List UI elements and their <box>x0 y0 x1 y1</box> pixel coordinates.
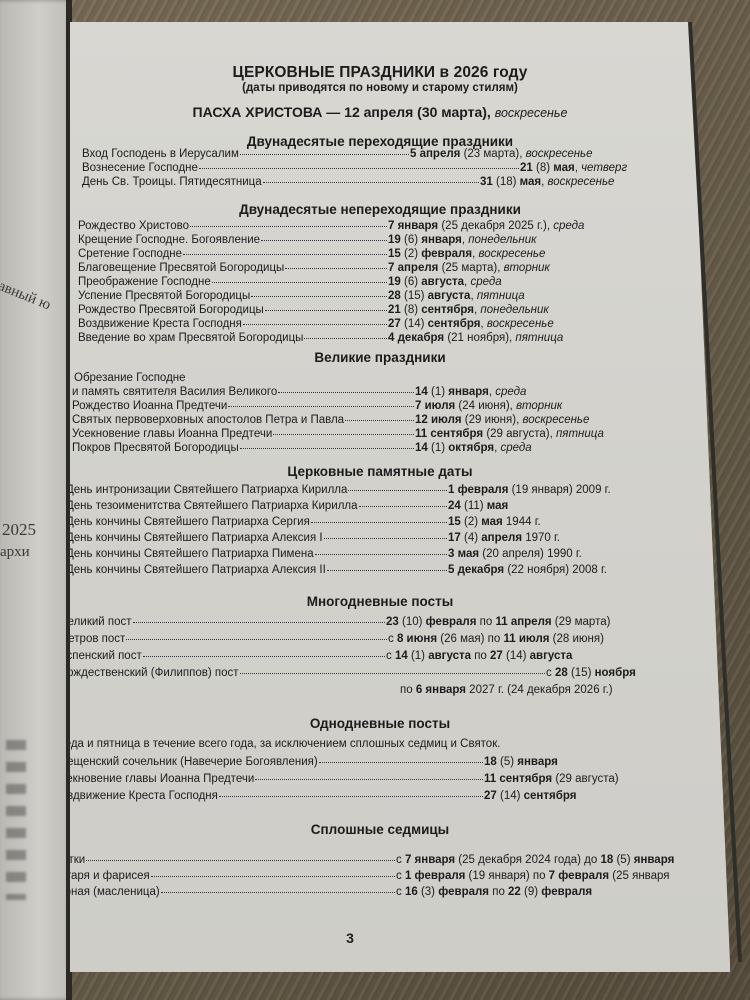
facing-page-blurred-text <box>6 740 26 900</box>
date-text: по <box>471 650 490 662</box>
dot-leader <box>348 490 447 491</box>
entry-label: Усекновение главы Иоанна Предтечи <box>72 428 272 440</box>
entry-date: 27 (14) сентября, воскресенье <box>388 318 554 330</box>
entry-label: День интронизации Святейшего Патриарха К… <box>66 484 347 496</box>
date-text: (18) <box>493 176 520 188</box>
date-text: (6) <box>401 234 421 246</box>
weekday: среда <box>553 220 584 232</box>
dot-leader <box>190 226 387 227</box>
weekday: вторник <box>504 262 550 274</box>
date-bold: августа <box>421 276 464 288</box>
date-bold: 19 <box>388 276 401 288</box>
dot-leader <box>263 182 479 183</box>
entry-date-continuation: по 6 января 2027 г. (24 декабря 2026 г.) <box>400 684 613 696</box>
entry-label: Рождество Христово <box>78 220 189 232</box>
date-text: (19 января) по <box>465 870 548 882</box>
section-heading: Двунадесятые переходящие праздники <box>70 134 690 149</box>
date-bold: 27 <box>388 318 401 330</box>
date-bold: 7 июля <box>415 400 455 412</box>
entry-label: Рождество Пресвятой Богородицы <box>78 304 264 316</box>
date-bold: 7 апреля <box>388 262 438 274</box>
date-text: (21 ноября), <box>444 332 515 344</box>
section-heading: Двунадесятые непереходящие праздники <box>70 202 690 217</box>
dot-leader <box>219 796 483 797</box>
date-bold: 6 января <box>416 684 466 696</box>
weekday: понедельник <box>468 234 536 246</box>
date-bold: августа <box>428 650 471 662</box>
easter-main: ПАСХА ХРИСТОВА — 12 апреля (30 марта), <box>193 104 495 120</box>
dot-leader <box>255 779 483 780</box>
date-bold: января <box>634 854 675 866</box>
date-text: (14) <box>401 318 428 330</box>
entry-date: 5 декабря (22 ноября) 2008 г. <box>448 564 607 576</box>
calendar-entry: Крещенский сочельник (Навечерие Богоявле… <box>54 756 558 768</box>
date-bold: 14 <box>415 386 428 398</box>
easter-weekday: воскресенье <box>495 106 568 120</box>
page-subtitle: (даты приводятся по новому и старому сти… <box>70 82 690 94</box>
date-bold: сентября <box>428 318 481 330</box>
weekday: воскресенье <box>522 414 589 426</box>
date-bold: мая <box>487 500 508 512</box>
date-bold: 11 июля <box>503 633 549 645</box>
dot-leader <box>261 240 387 241</box>
date-text: (14) <box>497 790 524 802</box>
dot-leader <box>278 392 414 393</box>
entry-label: Святых первоверховных апостолов Петра и … <box>72 414 344 426</box>
entry-date: 28 (15) августа, пятница <box>388 290 525 302</box>
calendar-entry: Рождество Христово7 января (25 декабря 2… <box>78 220 584 232</box>
entry-date: 27 (14) сентября <box>484 790 576 802</box>
date-bold: 11 апреля <box>495 616 551 628</box>
entry-date: 17 (4) апреля 1970 г. <box>448 532 560 544</box>
date-text: (8) <box>401 304 421 316</box>
weekday: воскресенье <box>478 248 545 260</box>
weekday: воскресенье <box>548 176 615 188</box>
date-bold: 22 <box>508 886 521 898</box>
date-text: 1944 г. <box>503 516 541 528</box>
entry-label: Успенский пост <box>60 650 142 662</box>
calendar-entry: Успение Пресвятой Богородицы28 (15) авгу… <box>78 290 525 302</box>
date-text: (29 августа), <box>483 428 556 440</box>
date-bold: 31 <box>480 176 493 188</box>
entry-label: Воздвижение Креста Господня <box>78 318 242 330</box>
date-bold: 15 <box>448 516 461 528</box>
weekday: среда <box>495 386 526 398</box>
page-content: ЦЕРКОВНЫЕ ПРАЗДНИКИ в 2026 году (даты пр… <box>70 22 730 972</box>
calendar-entry: День кончины Святейшего Патриарха Сергия… <box>66 516 541 528</box>
entry-label: Крещенский сочельник (Навечерие Богоявле… <box>54 756 318 768</box>
entry-date: 7 января (25 декабря 2025 г.), среда <box>388 220 584 232</box>
dot-leader <box>311 522 447 523</box>
section-heading: Великие праздники <box>70 350 690 365</box>
calendar-entry: День тезоименитства Святейшего Патриарха… <box>66 500 508 512</box>
entry-label: Крещение Господне. Богоявление <box>78 234 260 246</box>
date-bold: октября <box>448 442 494 454</box>
date-text: (26 мая) по <box>437 633 503 645</box>
entry-date: с 1 февраля (19 января) по 7 февраля (25… <box>396 870 670 882</box>
date-bold: 17 <box>448 532 461 544</box>
entry-date: 18 (5) января <box>484 756 558 768</box>
entry-date: с 8 июня (26 мая) по 11 июля (28 июня) <box>388 633 604 645</box>
date-bold: 11 сентября <box>415 428 483 440</box>
date-bold: 5 декабря <box>448 564 504 576</box>
dot-leader <box>251 296 387 297</box>
entry-label: и память святителя Василия Великого <box>72 386 277 398</box>
calendar-entry: День интронизации Святейшего Патриарха К… <box>66 484 611 496</box>
entry-date: 1 февраля (19 января) 2009 г. <box>448 484 611 496</box>
dot-leader <box>273 434 414 435</box>
date-bold: 18 <box>484 756 497 768</box>
weekday: среда <box>470 276 501 288</box>
dot-leader <box>319 762 483 763</box>
date-bold: 7 февраля <box>549 870 609 882</box>
date-bold: августа <box>530 650 573 662</box>
entry-date: 11 сентября (29 августа) <box>484 773 619 785</box>
weekday: воскресенье <box>526 148 593 160</box>
dot-leader <box>199 168 519 169</box>
date-text: с <box>546 667 555 679</box>
easter-date: ПАСХА ХРИСТОВА — 12 апреля (30 марта), в… <box>70 104 690 120</box>
date-bold: мая <box>520 176 541 188</box>
weekday: понедельник <box>480 304 548 316</box>
weekday: среда <box>500 442 531 454</box>
entry-date: 7 апреля (25 марта), вторник <box>388 262 550 274</box>
entry-label: Сретение Господне <box>78 248 182 260</box>
date-bold: ноября <box>595 667 636 679</box>
calendar-entry: Сретение Господне15 (2) февраля, воскрес… <box>78 248 545 260</box>
entry-date: 5 апреля (23 марта), воскресенье <box>410 148 593 160</box>
entry-label: Вход Господень в Иерусалим <box>82 148 239 160</box>
date-bold: января <box>517 756 558 768</box>
calendar-entry: Покров Пресвятой Богородицы14 (1) октябр… <box>72 442 532 454</box>
dot-leader <box>240 673 545 674</box>
entry-label: День тезоименитства Святейшего Патриарха… <box>66 500 358 512</box>
date-text: (1) <box>428 442 448 454</box>
calendar-entry: Рождество Пресвятой Богородицы21 (8) сен… <box>78 304 549 316</box>
facing-left-page: авный ю 2025 архи <box>0 0 72 1000</box>
date-text: (25 декабря 2024 года) до <box>455 854 600 866</box>
entry-date: 14 (1) января, среда <box>415 386 526 398</box>
date-text: (25 марта), <box>438 262 503 274</box>
date-text: (29 июня), <box>462 414 523 426</box>
date-bold: 14 <box>415 442 428 454</box>
date-bold: 27 <box>484 790 497 802</box>
date-bold: 18 <box>600 854 613 866</box>
entry-label: День кончины Святейшего Патриарха Алекси… <box>66 564 326 576</box>
dot-leader <box>265 310 387 311</box>
date-bold: января <box>448 386 489 398</box>
date-bold: 7 января <box>388 220 438 232</box>
dot-leader <box>228 406 414 407</box>
section-heading: Однодневные посты <box>70 716 690 731</box>
date-text: (2) <box>461 516 481 528</box>
calendar-entry: Сырная (масленица)с 16 (3) февраля по 22… <box>48 886 592 898</box>
date-text: 1970 г. <box>522 532 560 544</box>
date-bold: 16 <box>405 886 418 898</box>
entry-date: 19 (6) августа, среда <box>388 276 502 288</box>
date-bold: 24 <box>448 500 461 512</box>
weekday: пятница <box>477 290 525 302</box>
entry-label: День кончины Святейшего Патриарха Алекси… <box>66 532 323 544</box>
date-text: 2027 г. (24 декабря 2026 г.) <box>466 684 613 696</box>
calendar-entry: День кончины Святейшего Патриарха Алекси… <box>66 532 560 544</box>
date-text: (22 ноября) 2008 г. <box>504 564 607 576</box>
entry-date: 24 (11) мая <box>448 500 508 512</box>
dot-leader <box>285 268 387 269</box>
date-bold: сентября <box>524 790 577 802</box>
entry-label: Успение Пресвятой Богородицы <box>78 290 250 302</box>
calendar-entry: Петров постс 8 июня (26 мая) по 11 июля … <box>60 633 604 645</box>
dot-leader <box>133 622 385 623</box>
date-text: (29 марта) <box>552 616 611 628</box>
calendar-entry: День кончины Святейшего Патриарха Пимена… <box>66 548 582 560</box>
date-bold: февраля <box>426 616 477 628</box>
book-page: ЦЕРКОВНЫЕ ПРАЗДНИКИ в 2026 году (даты пр… <box>70 22 730 972</box>
calendar-entry: и память святителя Василия Великого14 (1… <box>72 386 526 398</box>
date-text: (1) <box>428 386 448 398</box>
calendar-entry: Крещение Господне. Богоявление19 (6) янв… <box>78 234 537 246</box>
date-text: (28 июня) <box>549 633 603 645</box>
entry-date: 21 (8) сентября, понедельник <box>388 304 549 316</box>
entry-date: 14 (1) октября, среда <box>415 442 532 454</box>
date-bold: августа <box>428 290 471 302</box>
dot-leader <box>359 506 447 507</box>
calendar-entry: Введение во храм Пресвятой Богородицы4 д… <box>78 332 563 344</box>
date-text: (5) <box>613 854 633 866</box>
date-bold: мая <box>553 162 574 174</box>
date-text: (19 января) 2009 г. <box>508 484 610 496</box>
entry-date: 12 июля (29 июня), воскресенье <box>415 414 589 426</box>
dot-leader <box>345 420 414 421</box>
dot-leader <box>243 324 387 325</box>
date-bold: мая <box>481 516 502 528</box>
date-text: (3) <box>418 886 438 898</box>
entry-label-line1: Обрезание Господне <box>74 372 186 384</box>
date-bold: 1 февраля <box>405 870 465 882</box>
date-text: по <box>489 886 508 898</box>
date-text: (15) <box>401 290 428 302</box>
date-bold: февраля <box>541 886 592 898</box>
entry-date: 4 декабря (21 ноября), пятница <box>388 332 563 344</box>
dot-leader <box>324 538 447 539</box>
entry-date: 3 мая (20 апреля) 1990 г. <box>448 548 582 560</box>
entry-date: 15 (2) мая 1944 г. <box>448 516 541 528</box>
date-text: по <box>476 616 495 628</box>
calendar-entry: Успенский постс 14 (1) августа по 27 (14… <box>60 650 572 662</box>
dot-leader <box>126 639 387 640</box>
entry-label: День кончины Святейшего Патриарха Сергия <box>66 516 310 528</box>
calendar-entry: Великий пост23 (10) февраля по 11 апреля… <box>60 616 610 628</box>
calendar-entry: Воздвижение Креста Господня27 (14) сентя… <box>78 318 554 330</box>
dot-leader <box>212 282 387 283</box>
entry-label: Усекновение главы Иоанна Предтечи <box>54 773 254 785</box>
dot-leader <box>161 892 395 893</box>
date-text: (10) <box>399 616 426 628</box>
date-bold: января <box>421 234 462 246</box>
section-heading: Сплошные седмицы <box>70 822 690 837</box>
date-bold: 1 февраля <box>448 484 508 496</box>
date-text: (24 июня), <box>455 400 516 412</box>
date-text: (25 января <box>609 870 669 882</box>
entry-label: День кончины Святейшего Патриарха Пимена <box>66 548 314 560</box>
entry-date: с 7 января (25 декабря 2024 года) до 18 … <box>396 854 674 866</box>
date-bold: 28 <box>555 667 568 679</box>
date-bold: 28 <box>388 290 401 302</box>
entry-date: 21 (8) мая, четверг <box>520 162 627 174</box>
facing-page-text-fragment: архи <box>0 544 30 561</box>
entry-label: Великий пост <box>60 616 132 628</box>
date-bold: 8 июня <box>397 633 437 645</box>
calendar-entry: Усекновение главы Иоанна Предтечи11 сент… <box>54 773 619 785</box>
weekday: пятница <box>515 332 563 344</box>
entry-label: День Св. Троицы. Пятидесятница <box>82 176 262 188</box>
calendar-entry: День кончины Святейшего Патриарха Алекси… <box>66 564 607 576</box>
date-bold: февраля <box>438 886 489 898</box>
date-text: (5) <box>497 756 517 768</box>
dot-leader <box>304 338 387 339</box>
facing-page-text-fragment: 2025 <box>2 520 36 540</box>
date-text: (23 марта), <box>460 148 525 160</box>
date-bold: 11 сентября <box>484 773 552 785</box>
entry-label: Покров Пресвятой Богородицы <box>72 442 239 454</box>
calendar-entry: Вознесение Господне21 (8) мая, четверг <box>82 162 627 174</box>
date-bold: 15 <box>388 248 401 260</box>
section-intro: Среда и пятница в течение всего года, за… <box>50 738 500 750</box>
entry-date: 7 июля (24 июня), вторник <box>415 400 562 412</box>
calendar-entry: Преображение Господне19 (6) августа, сре… <box>78 276 502 288</box>
dot-leader <box>151 876 395 877</box>
dot-leader <box>327 570 447 571</box>
calendar-entry: День Св. Троицы. Пятидесятница31 (18) ма… <box>82 176 614 188</box>
date-text: с <box>396 854 405 866</box>
calendar-entry: Благовещение Пресвятой Богородицы7 апрел… <box>78 262 550 274</box>
page-title: ЦЕРКОВНЫЕ ПРАЗДНИКИ в 2026 году <box>70 64 690 82</box>
date-bold: февраля <box>421 248 472 260</box>
date-bold: 12 июля <box>415 414 462 426</box>
date-text: (2) <box>401 248 421 260</box>
dot-leader <box>315 554 447 555</box>
entry-date: 19 (6) января, понедельник <box>388 234 537 246</box>
date-text: (15) <box>568 667 595 679</box>
dot-leader <box>86 860 395 861</box>
weekday: вторник <box>516 400 562 412</box>
calendar-entry: Вход Господень в Иерусалим5 апреля (23 м… <box>82 148 593 160</box>
entry-date: 11 сентября (29 августа), пятница <box>415 428 604 440</box>
entry-label: Рождество Иоанна Предтечи <box>72 400 227 412</box>
date-text: (20 апреля) 1990 г. <box>479 548 582 560</box>
entry-date: 31 (18) мая, воскресенье <box>480 176 614 188</box>
date-bold: 19 <box>388 234 401 246</box>
weekday: пятница <box>556 428 604 440</box>
calendar-entry: Рождество Иоанна Предтечи7 июля (24 июня… <box>72 400 562 412</box>
entry-label: Введение во храм Пресвятой Богородицы <box>78 332 303 344</box>
calendar-entry: Усекновение главы Иоанна Предтечи11 сент… <box>72 428 604 440</box>
entry-label: Вознесение Господне <box>82 162 198 174</box>
date-text: (6) <box>401 276 421 288</box>
weekday: воскресенье <box>487 318 554 330</box>
entry-date: с 14 (1) августа по 27 (14) августа <box>386 650 572 662</box>
date-text: (11) <box>461 500 487 512</box>
weekday: четверг <box>581 162 627 174</box>
date-text: (9) <box>521 886 541 898</box>
entry-label: Благовещение Пресвятой Богородицы <box>78 262 284 274</box>
section-heading: Многодневные посты <box>70 594 690 609</box>
date-bold: апреля <box>481 532 522 544</box>
date-text: с <box>396 886 405 898</box>
date-bold: 23 <box>386 616 399 628</box>
section-heading: Церковные памятные даты <box>70 464 690 479</box>
calendar-entry: Рождественский (Филиппов) постс 28 (15) … <box>60 667 636 679</box>
dot-leader <box>240 448 414 449</box>
calendar-entry: Воздвижение Креста Господня27 (14) сентя… <box>54 790 576 802</box>
date-text: (8) <box>533 162 553 174</box>
date-text: (14) <box>503 650 530 662</box>
date-bold: 14 <box>395 650 408 662</box>
date-text: с <box>386 650 395 662</box>
date-bold: 21 <box>388 304 401 316</box>
date-text: (4) <box>461 532 481 544</box>
date-text: с <box>396 870 405 882</box>
facing-page-text-fragment: авный ю <box>0 278 53 314</box>
calendar-entry: Святкис 7 января (25 декабря 2024 года) … <box>48 854 674 866</box>
date-bold: 3 мая <box>448 548 479 560</box>
entry-date: 15 (2) февраля, воскресенье <box>388 248 545 260</box>
dot-leader <box>240 154 409 155</box>
date-text: (1) <box>408 650 428 662</box>
date-bold: сентября <box>421 304 474 316</box>
page-number: 3 <box>70 930 630 946</box>
date-text: (29 августа) <box>552 773 618 785</box>
entry-date: с 16 (3) февраля по 22 (9) февраля <box>396 886 592 898</box>
entry-label: Рождественский (Филиппов) пост <box>60 667 239 679</box>
date-bold: 27 <box>490 650 503 662</box>
calendar-entry: Мытаря и фарисеяс 1 февраля (19 января) … <box>48 870 670 882</box>
entry-label: Преображение Господне <box>78 276 211 288</box>
entry-date: с 28 (15) ноября <box>546 667 636 679</box>
calendar-entry: Святых первоверховных апостолов Петра и … <box>72 414 589 426</box>
date-bold: 21 <box>520 162 533 174</box>
date-bold: 4 декабря <box>388 332 444 344</box>
date-text: с <box>388 633 397 645</box>
entry-date: 23 (10) февраля по 11 апреля (29 марта) <box>386 616 610 628</box>
date-bold: 7 января <box>405 854 455 866</box>
dot-leader <box>183 254 387 255</box>
date-text: по <box>400 684 416 696</box>
entry-label: Воздвижение Креста Господня <box>54 790 218 802</box>
date-bold: 5 апреля <box>410 148 460 160</box>
date-text: (25 декабря 2025 г.), <box>438 220 553 232</box>
dot-leader <box>143 656 385 657</box>
